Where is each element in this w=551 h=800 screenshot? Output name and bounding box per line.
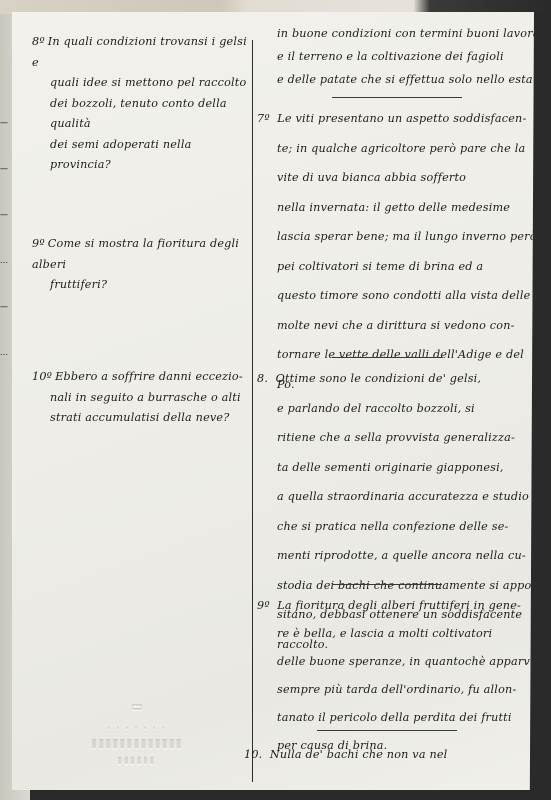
margin-fragment: ...	[0, 330, 14, 376]
answer-7: 7º Le viti presentano un aspetto soddisf…	[257, 104, 551, 399]
question-8: 8ºIn quali condizioni trovansi i gelsi e…	[32, 32, 250, 176]
question-line: In quali condizioni trovansi i gelsi e	[32, 35, 247, 69]
answer-line: molte nevi che a dirittura si vedono con…	[257, 311, 551, 341]
question-number: 10º	[32, 370, 52, 383]
underlying-page-margin-notes: — — — ... — ...	[0, 100, 14, 620]
answer-line: La fioritura degli alberi fruttiferi in …	[277, 599, 521, 612]
answer-line: ta delle sementi originarie giapponesi,	[257, 453, 551, 483]
stamp-line: ▮▮▮▮▮▮	[32, 756, 242, 765]
answer-line: lascia sperar bene; ma il lungo inverno …	[257, 222, 551, 252]
answer-line: nella invernata: il getto delle medesime	[257, 193, 551, 223]
section-separator	[332, 584, 442, 585]
answer-line: pei coltivatori si teme di brina ed a	[257, 252, 551, 282]
answer-number: 7º	[257, 112, 270, 125]
question-line: quali idee si mettono pel raccolto	[32, 73, 250, 94]
answer-line: e delle patate che si effettua solo nell…	[257, 68, 551, 91]
question-line: dei bozzoli, tenuto conto della qualità	[32, 94, 250, 135]
question-10: 10ºEbbero a soffrire danni eccezio- nali…	[32, 367, 250, 429]
answer-line: e il terreno e la coltivazione dei fagio…	[257, 45, 551, 68]
margin-fragment: —	[0, 284, 14, 330]
answer-number: 10.	[244, 748, 262, 761]
margin-fragment: —	[0, 100, 14, 146]
answer-line: tanato il pericolo della perdita dei fru…	[257, 704, 551, 732]
answer-line: vite di uva bianca abbia sofferto	[257, 163, 551, 193]
answer-line: questo timore sono condotti alla vista d…	[257, 281, 551, 311]
question-line: strati accumulatisi della neve?	[32, 408, 250, 429]
answer-number: 8.	[257, 372, 268, 385]
answer-line: menti riprodotte, a quelle ancora nella …	[257, 541, 551, 571]
question-number: 8º	[32, 35, 45, 48]
section-separator	[332, 97, 462, 98]
underlying-page-top	[0, 0, 551, 14]
question-9: 9ºCome si mostra la fioritura degli albe…	[32, 234, 250, 296]
answer-line: che si pratica nella confezione delle se…	[257, 512, 551, 542]
question-line: Ebbero a soffrire danni eccezio-	[55, 370, 243, 383]
answer-line: Nulla de' bachi che non va nel	[270, 748, 448, 761]
answer-line: a quella straordinaria accuratezza e stu…	[257, 482, 551, 512]
column-divider	[252, 40, 253, 782]
stamp-line: · · · · · · ·	[32, 725, 242, 733]
question-line: nali in seguito a burrasche o alti	[32, 388, 250, 409]
answer-line: e parlando del raccolto bozzoli, si	[257, 394, 551, 424]
answer-line: re è bella, e lascia a molti coltivatori	[257, 620, 551, 648]
stamp-line: ▭	[32, 700, 242, 715]
stamp-line: ▮▮▮▮▮▮▮▮▮▮▮▮▮	[32, 737, 242, 750]
question-line: fruttiferi?	[32, 275, 250, 296]
answer-continuation: in buone condizioni con termini buoni la…	[257, 22, 551, 91]
embossed-stamp: ▭ · · · · · · · ▮▮▮▮▮▮▮▮▮▮▮▮▮ ▮▮▮▮▮▮	[32, 692, 242, 800]
answer-line: Le viti presentano un aspetto soddisface…	[277, 112, 526, 125]
manuscript-page: 8ºIn quali condizioni trovansi i gelsi e…	[12, 12, 534, 790]
answer-9: 9º La fioritura degli alberi fruttiferi …	[257, 592, 551, 760]
section-separator	[317, 730, 457, 731]
question-line: Come si mostra la fioritura degli alberi	[32, 237, 239, 271]
margin-fragment: —	[0, 146, 14, 192]
answer-line: sempre più tarda dell'ordinario, fu allo…	[257, 676, 551, 704]
answer-line: delle buone speranze, in quantochè appar…	[257, 648, 551, 676]
answer-line: in buone condizioni con termini buoni la…	[257, 22, 551, 45]
answer-10: 10. Nulla de' bachi che non va nel	[244, 740, 544, 770]
margin-fragment: —	[0, 192, 14, 238]
question-line: dei semi adoperati nella provincia?	[32, 135, 250, 176]
answer-line: ritiene che a sella provvista generalizz…	[257, 423, 551, 453]
answer-line: Ottime sono le condizioni de' gelsi,	[276, 372, 482, 385]
margin-fragment: ...	[0, 238, 14, 284]
answer-number: 9º	[257, 599, 270, 612]
section-separator	[332, 357, 442, 358]
answer-line: te; in qualche agricoltore però pare che…	[257, 134, 551, 164]
question-number: 9º	[32, 237, 45, 250]
